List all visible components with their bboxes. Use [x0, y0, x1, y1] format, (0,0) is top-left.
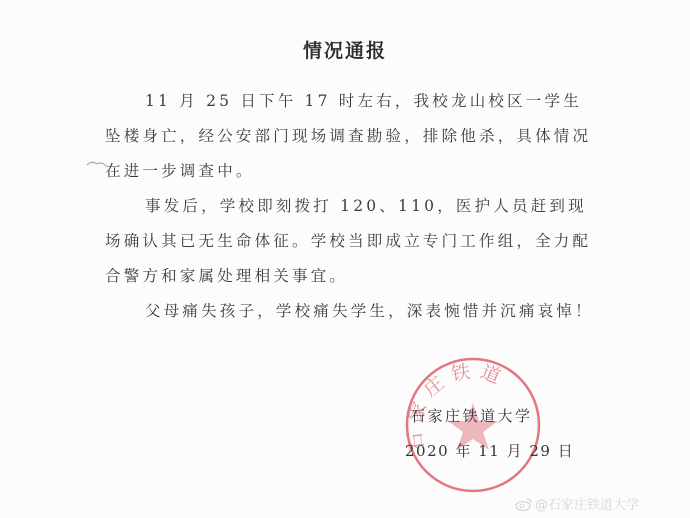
paragraph-condolence: 父母痛失孩子，学校痛失学生，深表惋惜并沉痛哀悼！ [105, 294, 595, 329]
weibo-watermark: @石家庄铁道大学 [515, 494, 639, 513]
notice-document: 情况通报 11 月 25 日下午 17 时左右，我校龙山校区一学生坠楼身亡，经公… [0, 0, 690, 518]
signer-name: 石家庄铁道大学 [410, 405, 533, 426]
document-title: 情况通报 [0, 36, 690, 63]
paragraph-incident: 11 月 25 日下午 17 时左右，我校龙山校区一学生坠楼身亡，经公安部门现场… [105, 84, 595, 189]
watermark-text: @石家庄铁道大学 [535, 494, 639, 513]
paragraph-response: 事发后，学校即刻拨打 120、110，医护人员赶到现场确认其已无生命体征。学校当… [105, 189, 595, 294]
weibo-icon [515, 497, 533, 511]
document-date: 2020 年 11 月 29 日 [405, 440, 574, 461]
pen-mark-icon [86, 158, 108, 168]
